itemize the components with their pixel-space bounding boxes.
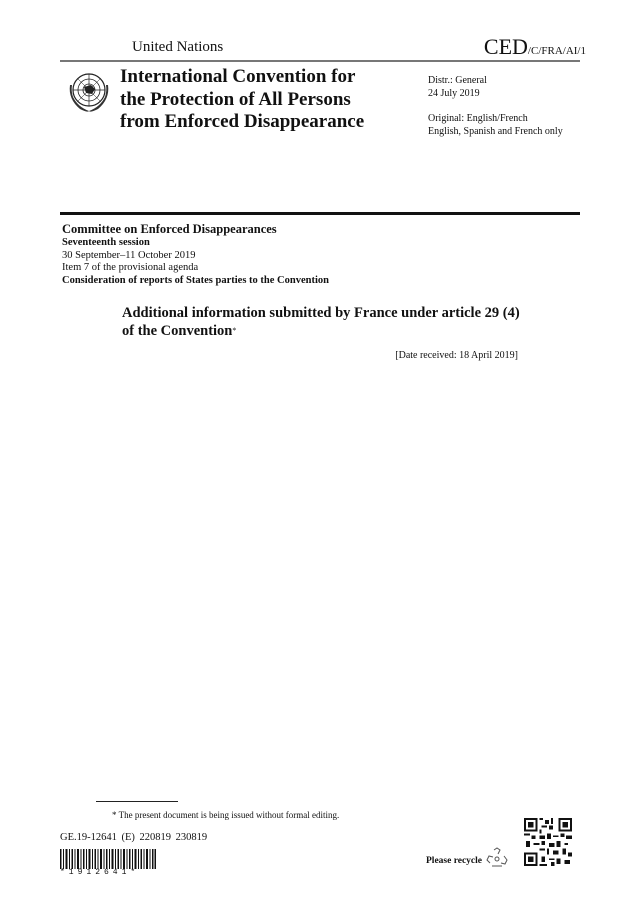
footnote: * The present document is being issued w…: [112, 810, 339, 820]
title-line-3: from Enforced Disappearance: [120, 111, 364, 134]
recycle-icon: [485, 847, 509, 869]
distribution-block: Distr.: General 24 July 2019 Original: E…: [428, 74, 563, 138]
heading-text: Additional information submitted by Fran…: [122, 305, 520, 339]
symbol-main: CED: [484, 34, 528, 59]
qr-code-icon: [524, 818, 572, 866]
title-line-2: the Protection of All Persons: [120, 89, 364, 112]
organization-name: United Nations: [132, 39, 223, 56]
distr-label: Distr.: General: [428, 74, 563, 87]
document-symbol: CED/C/FRA/AI/1: [484, 34, 586, 60]
committee-name: Committee on Enforced Disappearances: [62, 222, 329, 237]
committee-rule: [60, 212, 580, 215]
committee-block: Committee on Enforced Disappearances Sev…: [62, 222, 329, 287]
agenda-item: Item 7 of the provisional agenda: [62, 262, 329, 275]
languages: English, Spanish and French only: [428, 125, 563, 138]
footnote-marker: *: [232, 326, 236, 335]
footnote-rule: [96, 801, 178, 802]
title-line-1: International Convention for: [120, 66, 364, 89]
un-emblem-icon: [64, 67, 114, 117]
recycle-label: Please recycle: [426, 856, 482, 866]
header-rule: [60, 60, 580, 62]
date-received: [Date received: 18 April 2019]: [395, 350, 518, 361]
barcode-number: *1912641*: [60, 868, 139, 877]
document-heading: Additional information submitted by Fran…: [122, 304, 522, 340]
convention-title: International Convention for the Protect…: [120, 66, 364, 134]
session-dates: 30 September–11 October 2019: [62, 250, 329, 263]
distr-date: 24 July 2019: [428, 87, 563, 100]
job-number: GE.19-12641 (E) 220819 230819: [60, 832, 207, 843]
session: Seventeenth session: [62, 237, 329, 250]
original-language: Original: English/French: [428, 112, 563, 125]
symbol-suffix: /C/FRA/AI/1: [528, 45, 586, 57]
agenda-title: Consideration of reports of States parti…: [62, 275, 329, 288]
barcode-icon: [60, 849, 156, 869]
